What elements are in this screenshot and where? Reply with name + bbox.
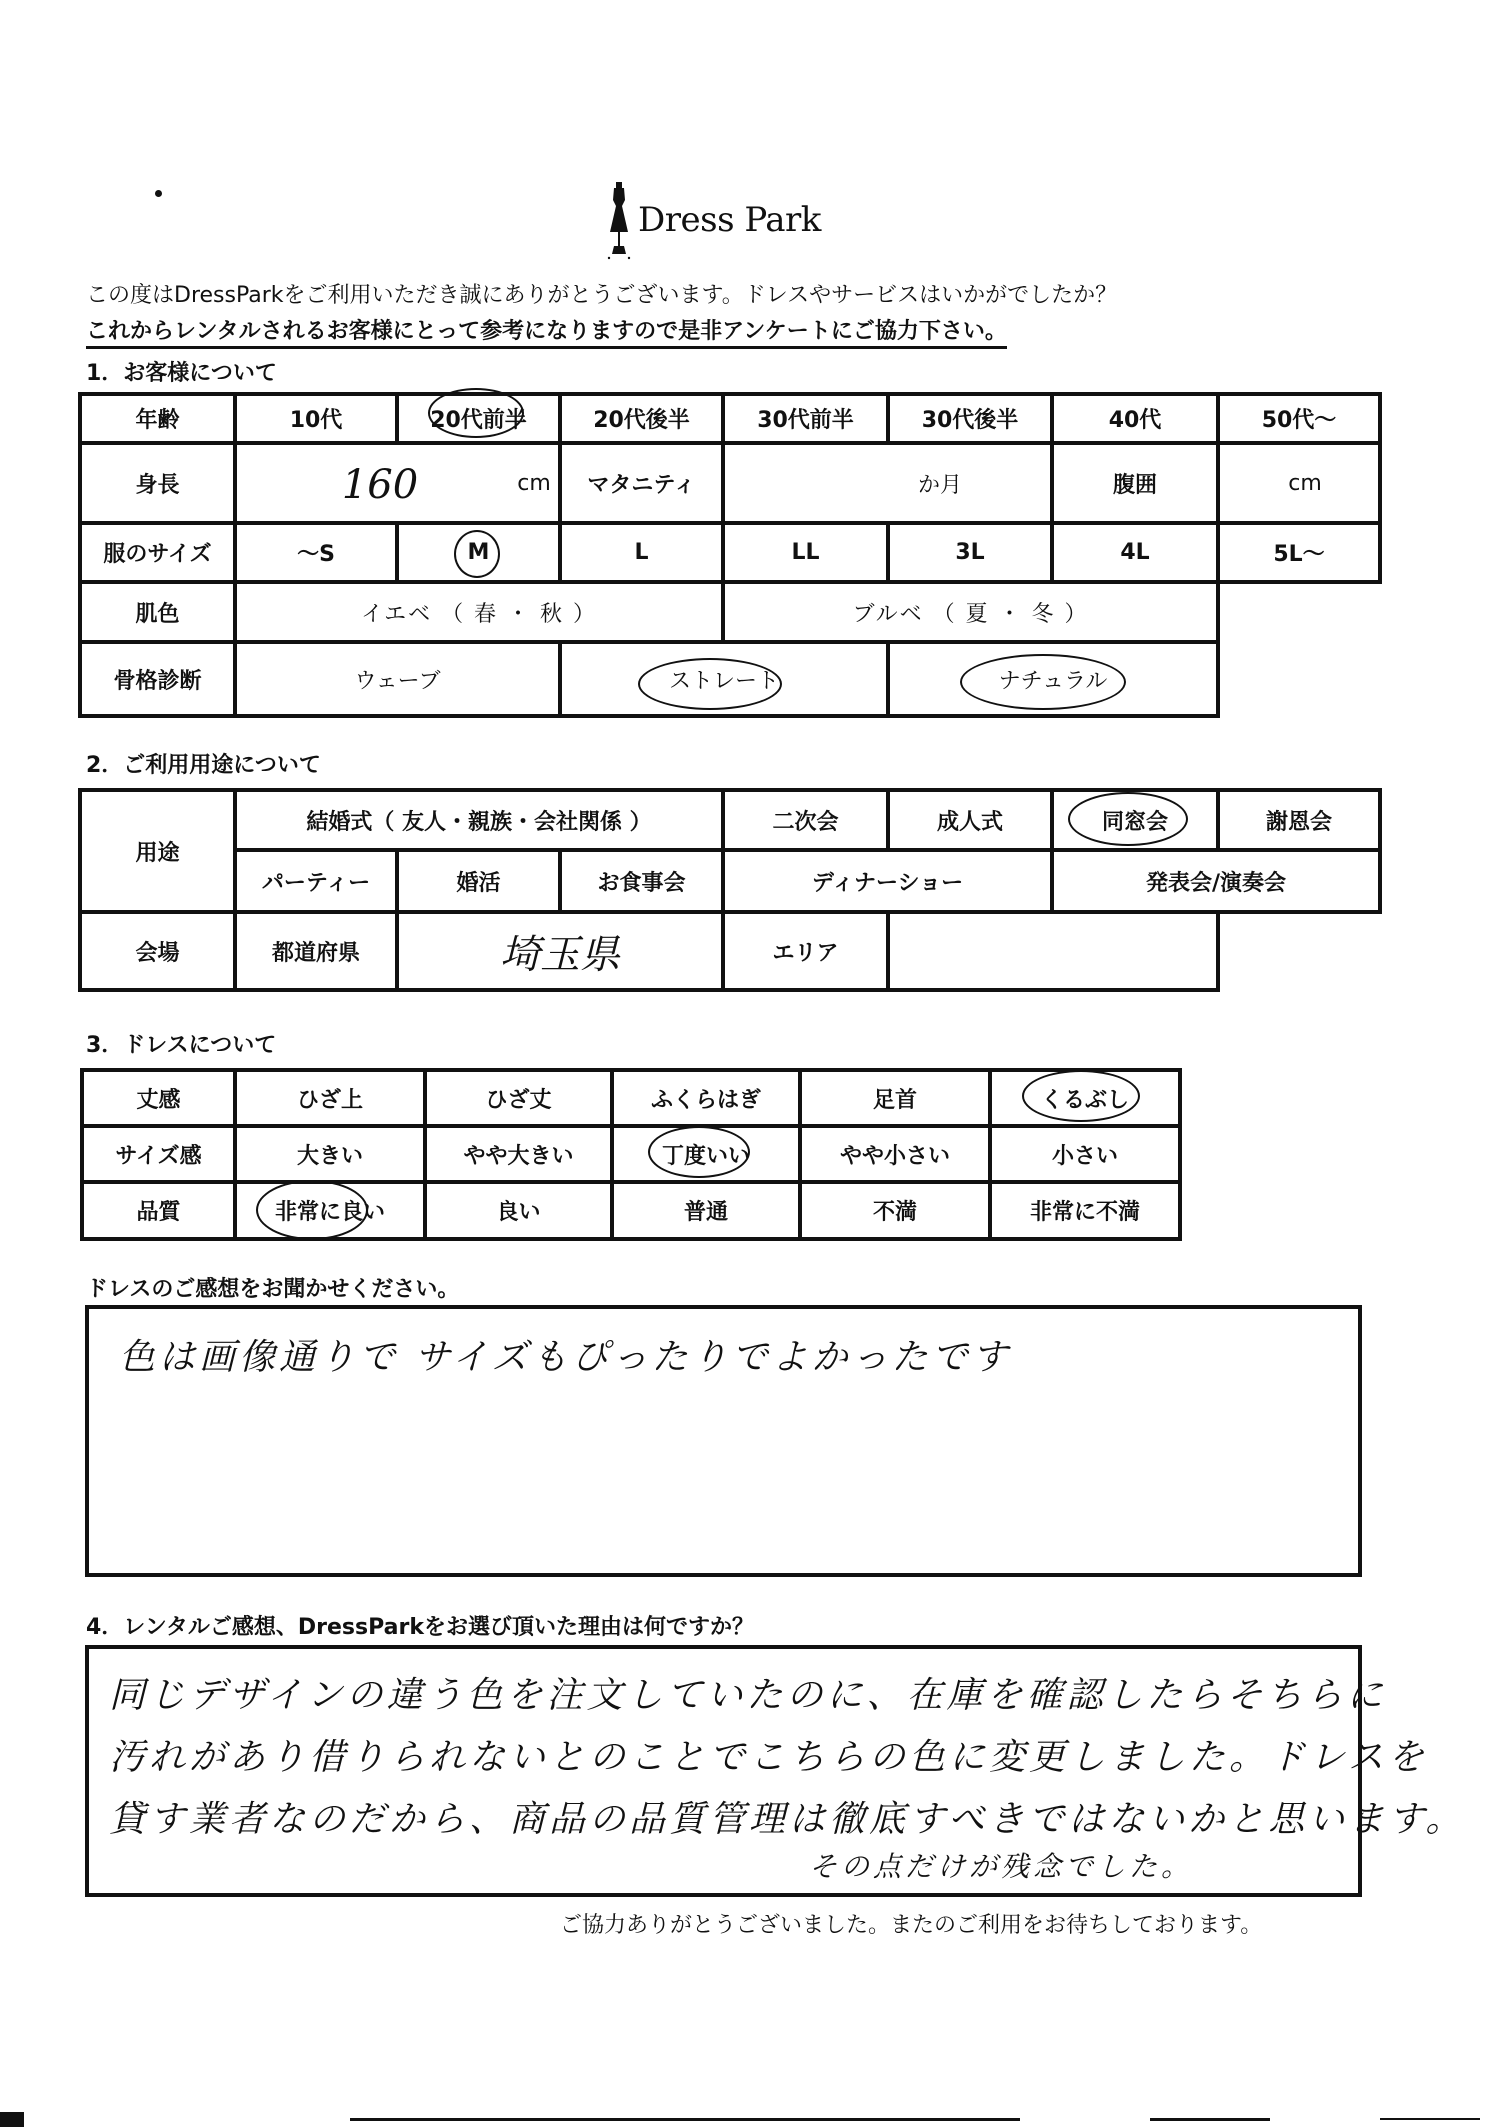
quality-option-average[interactable]: 普通	[614, 1184, 798, 1237]
quality-option-good[interactable]: 良い	[427, 1184, 610, 1237]
size-option-s[interactable]: ～S	[237, 525, 395, 580]
rental-comment-line-1: 同じデザインの違う色を注文していたのに、在庫を確認したらそちらに	[109, 1667, 1386, 1718]
intro-request-text: これからレンタルされるお客様にとって参考になりますので是非アンケートにご協力下さ…	[86, 314, 1007, 349]
dresspark-logo: Dress Park	[606, 180, 821, 260]
waist-unit: cm	[1280, 445, 1330, 521]
maternity-label: マタニティ	[562, 445, 721, 521]
section3-title: 3．ドレスについて	[86, 1028, 276, 1059]
age-option-late-20s[interactable]: 20代後半	[562, 396, 721, 441]
scan-speck	[155, 190, 162, 197]
height-label: 身長	[82, 445, 233, 521]
age-option-50s-plus[interactable]: 50代～	[1220, 396, 1378, 441]
rental-comment-line-4: その点だけが残念でした。	[809, 1845, 1193, 1885]
frame-option-wave[interactable]: ウェーブ	[237, 644, 558, 714]
frame-label: 骨格診断	[82, 644, 233, 714]
frame-option-natural[interactable]: ナチュラル	[890, 644, 1216, 714]
age-label: 年齢	[82, 396, 233, 441]
rental-comment-box[interactable]: 同じデザインの違う色を注文していたのに、在庫を確認したらそちらに 汚れがあり借り…	[85, 1645, 1362, 1897]
prefecture-label: 都道府県	[237, 914, 395, 988]
size-option-ll[interactable]: LL	[725, 525, 886, 580]
size-option-l[interactable]: L	[562, 525, 721, 580]
height-value[interactable]: 160	[330, 450, 430, 520]
maternity-months-unit: か月	[900, 445, 980, 521]
quality-option-very-dissatisfied[interactable]: 非常に不満	[992, 1184, 1178, 1237]
size-label: 服のサイズ	[82, 525, 233, 580]
rental-comment-line-3: 貸す業者なのだから、商品の品質管理は徹底すべきではないかと思います。	[109, 1791, 1465, 1842]
length-option-knee[interactable]: ひざ丈	[427, 1072, 610, 1124]
scan-bottom-rule	[1150, 2118, 1270, 2121]
dress-comment-prompt: ドレスのご感想をお聞かせください。	[86, 1272, 459, 1303]
purpose-option-konkatsu[interactable]: 婚活	[399, 852, 558, 910]
purpose-option-coming-of-age[interactable]: 成人式	[890, 792, 1050, 848]
fit-option-slightly-large[interactable]: やや大きい	[427, 1128, 610, 1180]
purpose-option-dinner[interactable]: お食事会	[562, 852, 721, 910]
length-option-calf[interactable]: ふくらはぎ	[614, 1072, 798, 1124]
size-option-3l[interactable]: 3L	[890, 525, 1050, 580]
scan-bottom-rule	[350, 2118, 1020, 2121]
venue-label: 会場	[82, 914, 233, 988]
length-option-anklebone[interactable]: くるぶし	[992, 1072, 1178, 1124]
length-label: 丈感	[84, 1072, 233, 1124]
purpose-option-wedding[interactable]: 結婚式（ 友人・親族・会社関係 ）	[237, 792, 721, 848]
prefecture-value[interactable]: 埼玉県	[399, 914, 721, 988]
purpose-option-reunion[interactable]: 同窓会	[1054, 792, 1216, 848]
section4-title: 4．レンタルご感想、DressParkをお選び頂いた理由は何ですか？	[86, 1610, 754, 1641]
size-option-m[interactable]: M	[399, 525, 558, 580]
purpose-option-party[interactable]: パーティー	[237, 852, 395, 910]
size-option-4l[interactable]: 4L	[1054, 525, 1216, 580]
fit-label: サイズ感	[84, 1128, 233, 1180]
thanks-message: ご協力ありがとうございました。またのご利用をお待ちしております。	[560, 1908, 1262, 1939]
section2-title: 2．ご利用用途について	[86, 748, 321, 779]
height-unit: cm	[510, 445, 558, 521]
area-label: エリア	[725, 914, 886, 988]
skin-option-blue-base[interactable]: ブルベ （ 夏 ・ 冬 ）	[725, 584, 1216, 640]
fit-option-small[interactable]: 小さい	[992, 1128, 1178, 1180]
age-option-40s[interactable]: 40代	[1054, 396, 1216, 441]
quality-option-very-good[interactable]: 非常に良い	[237, 1184, 423, 1237]
age-option-early-20s[interactable]: 20代前半	[399, 396, 558, 441]
skin-option-yellow-base[interactable]: イエベ （ 春 ・ 秋 ）	[237, 584, 721, 640]
age-option-late-30s[interactable]: 30代後半	[890, 396, 1050, 441]
dress-comment-text: 色は画像通りで サイズもぴったりでよかったです	[119, 1329, 1012, 1380]
fit-option-slightly-small[interactable]: やや小さい	[802, 1128, 988, 1180]
frame-option-straight[interactable]: ストレート	[562, 644, 886, 714]
area-value[interactable]	[890, 914, 1216, 988]
section1-title: 1．お客様について	[86, 356, 277, 387]
age-option-early-30s[interactable]: 30代前半	[725, 396, 886, 441]
purpose-option-dinner-show[interactable]: ディナーショー	[725, 852, 1050, 910]
waist-label: 腹囲	[1054, 445, 1216, 521]
quality-option-dissatisfied[interactable]: 不満	[802, 1184, 988, 1237]
length-option-above-knee[interactable]: ひざ上	[237, 1072, 423, 1124]
fit-option-just-right[interactable]: 丁度いい	[614, 1128, 798, 1180]
purpose-option-thanks-party[interactable]: 謝恩会	[1220, 792, 1378, 848]
size-option-5l-plus[interactable]: 5L～	[1220, 525, 1378, 580]
quality-label: 品質	[84, 1184, 233, 1237]
purpose-option-after-party[interactable]: 二次会	[725, 792, 886, 848]
dress-form-icon	[606, 180, 632, 260]
skin-label: 肌色	[82, 584, 233, 640]
purpose-label: 用途	[82, 792, 233, 910]
purpose-option-recital[interactable]: 発表会/演奏会	[1054, 852, 1378, 910]
dress-comment-box[interactable]: 色は画像通りで サイズもぴったりでよかったです	[85, 1305, 1362, 1577]
scan-bottom-rule	[1380, 2118, 1480, 2120]
length-option-ankle[interactable]: 足首	[802, 1072, 988, 1124]
fit-option-large[interactable]: 大きい	[237, 1128, 423, 1180]
age-option-10s[interactable]: 10代	[237, 396, 395, 441]
scan-corner-mark	[0, 2112, 24, 2127]
intro-text: この度はDressParkをご利用いただき誠にありがとうございます。ドレスやサー…	[86, 278, 1117, 309]
rental-comment-line-2: 汚れがあり借りられないとのことでこちらの色に変更しました。ドレスを	[109, 1729, 1428, 1780]
logo-text: Dress Park	[638, 200, 821, 240]
